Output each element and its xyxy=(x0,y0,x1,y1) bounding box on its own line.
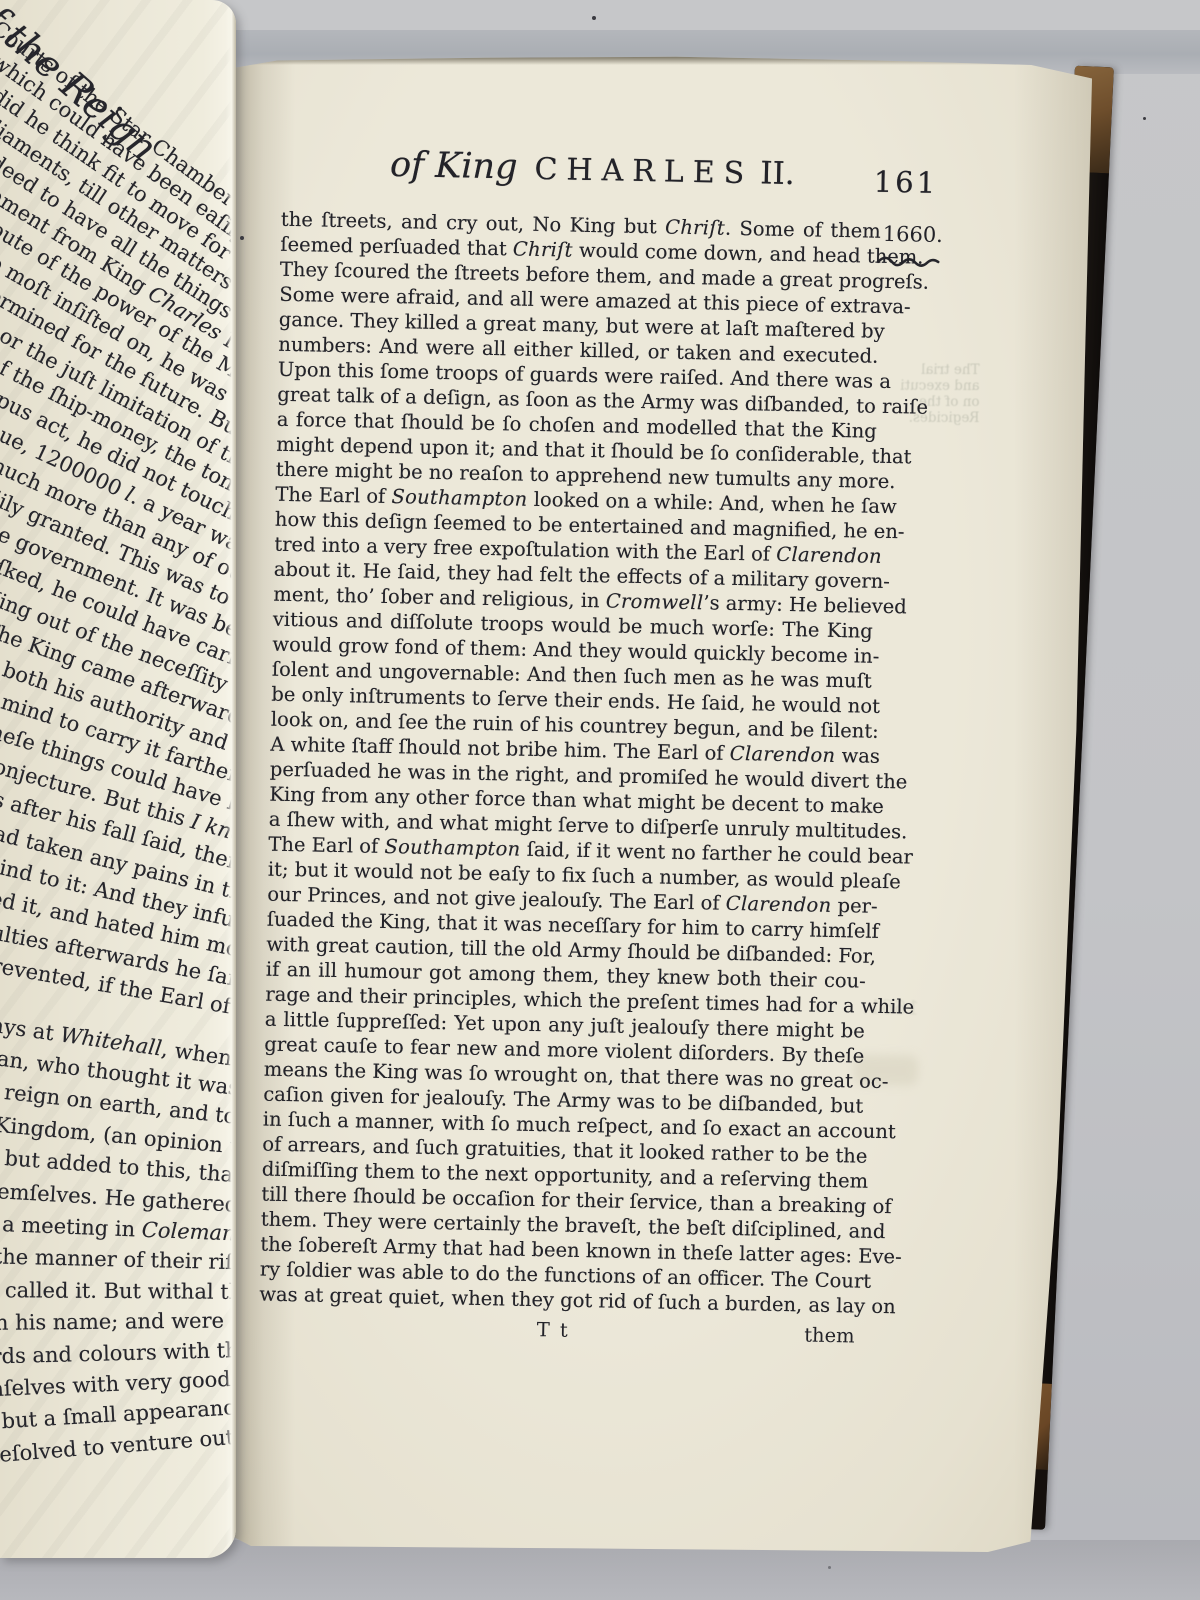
catchword: them xyxy=(804,1323,855,1347)
running-header: of King CHARLES II. xyxy=(390,145,795,193)
right-page-content: of King CHARLES II. 161 1660. The triala… xyxy=(196,56,1093,1569)
right-page: of King CHARLES II. 161 1660. The triala… xyxy=(225,56,1092,1552)
left-page-curled: of the Reign Courts of the Star Chamber … xyxy=(0,0,236,1558)
signature-mark: T t xyxy=(536,1318,570,1342)
photo-open-antique-book: of King CHARLES II. 161 1660. The triala… xyxy=(0,0,1200,1600)
header-charles: CHARLES xyxy=(534,152,753,191)
dust-speck xyxy=(828,1566,831,1569)
margin-year-note: 1660. xyxy=(883,222,944,247)
ink-dot xyxy=(240,236,244,240)
dust-speck xyxy=(1143,117,1146,120)
page-number: 161 xyxy=(873,165,938,200)
signature-row: T t them xyxy=(258,1313,858,1351)
header-of-king: of King xyxy=(390,145,518,188)
left-body-line: t in his name; and were ſo fo xyxy=(0,1308,236,1335)
dust-speck xyxy=(592,16,596,20)
body-text-block: the ſtreets, and cry out, No King but Ch… xyxy=(259,207,881,1319)
left-body-line: ey called it. But withal th xyxy=(0,1278,236,1304)
header-numeral: II. xyxy=(760,155,795,192)
left-page-fore-edge-highlight xyxy=(226,0,236,1558)
